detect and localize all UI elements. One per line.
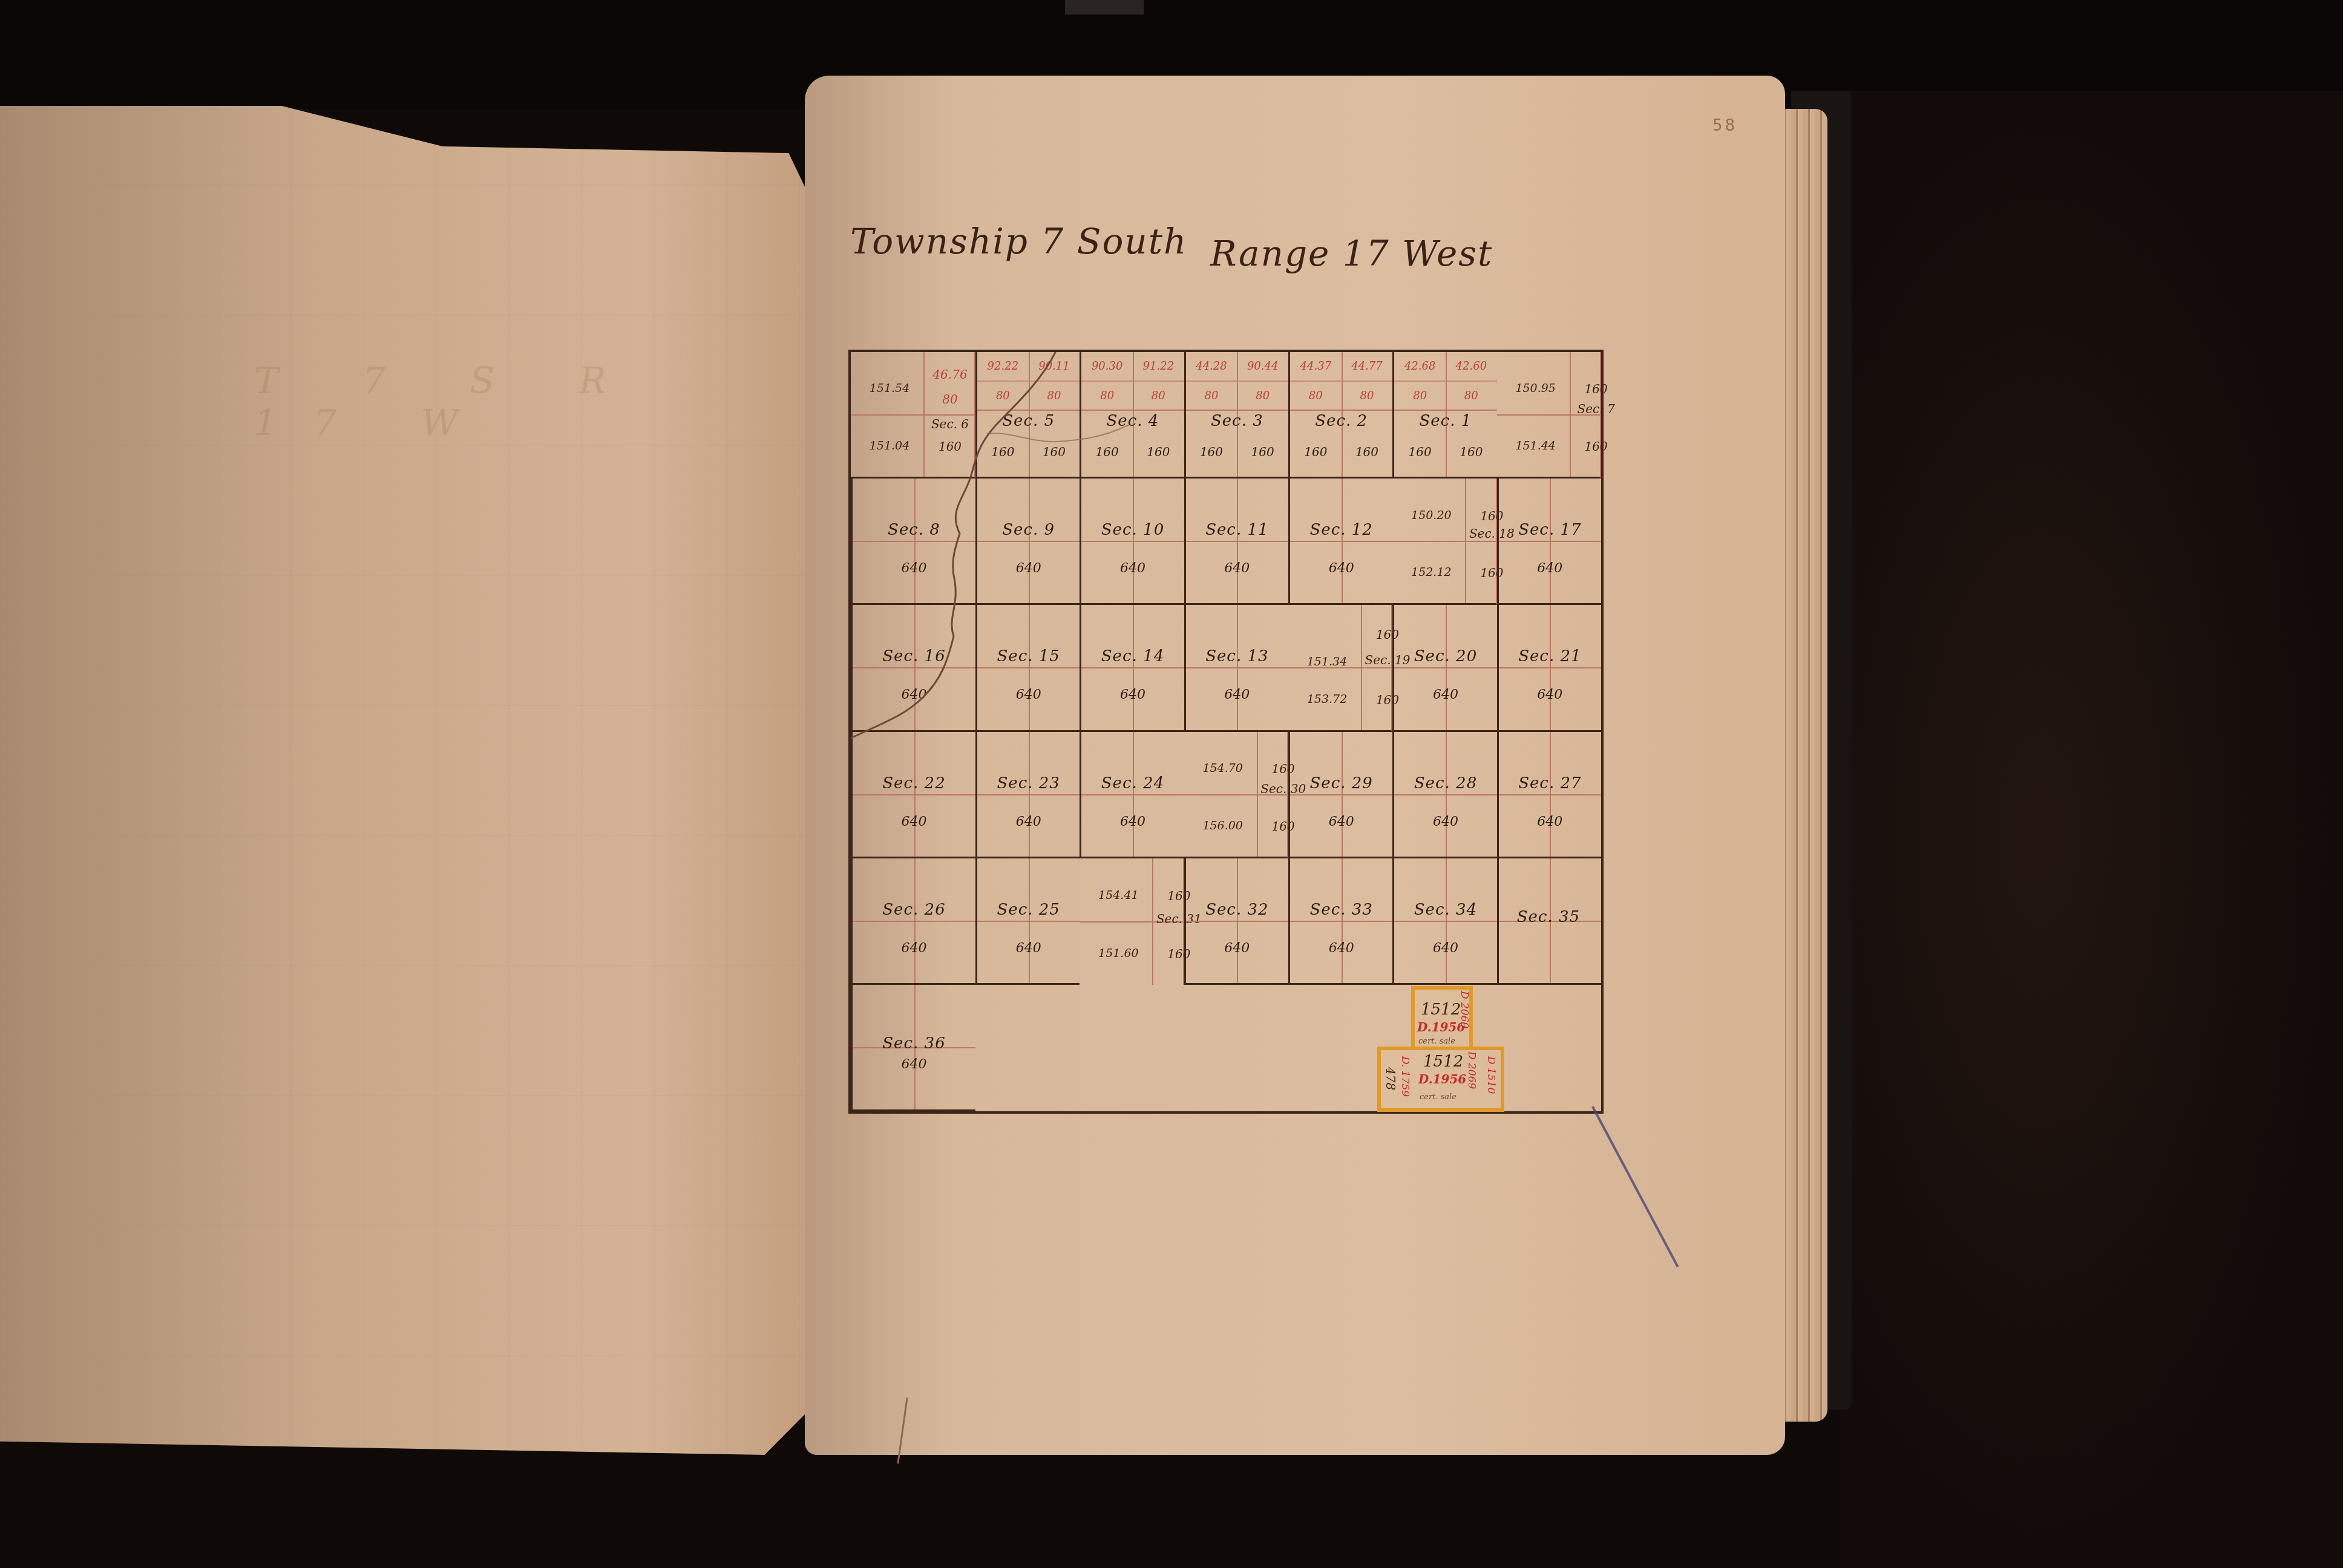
section-label: Sec. 6 [925, 417, 975, 431]
section-32[interactable]: Sec. 32640 [1184, 858, 1288, 985]
parcel-note: cert. sale [1420, 1093, 1457, 1102]
parcel-side-note: D 1510 [1485, 1056, 1497, 1094]
range-title: Range 17 West [1210, 233, 1493, 274]
section-26[interactable]: Sec. 26640 [851, 858, 975, 985]
margin-row-6: 154.41 151.60 160 Sec. 31 160 [1080, 858, 1184, 985]
margin-row-2: 150.95 151.44 160 Sec. 7 160 [1497, 352, 1601, 479]
margin-value: 151.44 [1502, 439, 1570, 452]
section-acres: 640 [853, 561, 975, 576]
parcel-side-note: D 2069 [1458, 991, 1470, 1028]
section-label: Sec. 1 [1394, 412, 1496, 430]
section-20[interactable]: Sec. 20640 [1392, 605, 1496, 731]
section-acres: 640 [1186, 941, 1288, 956]
section-label: Sec. 35 [1499, 908, 1601, 926]
section-9[interactable]: Sec. 9640 [975, 479, 1080, 605]
section-label: Sec. 5 [977, 412, 1080, 430]
section-acres: 640 [1186, 561, 1288, 576]
page-number: 58 [1712, 117, 1737, 135]
section-10[interactable]: Sec. 10640 [1080, 479, 1184, 605]
section-label: Sec. 17 [1499, 521, 1601, 539]
section-acres: 640 [1186, 687, 1288, 702]
section-13[interactable]: Sec. 13640 [1184, 605, 1288, 731]
margin-value: 150.20 [1397, 509, 1465, 522]
margin-value: 151.04 [856, 439, 923, 452]
parcel-number: 478 [1383, 1067, 1398, 1090]
section-5[interactable]: 92.2290.118080 Sec. 5 160160 [975, 352, 1080, 479]
section-acres: 640 [1290, 561, 1392, 576]
cover-tab [1065, 0, 1144, 15]
margin-row-4: 151.34 153.72 160 Sec. 19 160 [1288, 605, 1392, 731]
margin-row-5: 154.70 156.00 160 Sec. 30 160 [1184, 732, 1288, 858]
lot-value: 80 [925, 392, 975, 407]
margin-value: 150.95 [1502, 382, 1570, 395]
section-16[interactable]: Sec. 16640 [851, 605, 975, 731]
section-label: Sec. 29 [1290, 774, 1392, 792]
lot-value: 46.76 [925, 367, 975, 382]
margin-value: 152.12 [1397, 566, 1465, 579]
section-36[interactable]: Sec. 36640 [851, 985, 975, 1111]
section-24[interactable]: Sec. 24640 [1080, 732, 1184, 858]
section-1[interactable]: 42.6842.608080 Sec. 1 160160 [1392, 352, 1496, 479]
section-acres: 640 [1081, 814, 1184, 829]
section-35[interactable]: Sec. 35 [1497, 858, 1601, 985]
section-label: Sec. 27 [1499, 774, 1601, 792]
parcel-doc: D.1956 [1418, 1072, 1466, 1086]
left-page: T 7 S R 17 W [0, 106, 805, 1455]
section-label: Sec. 16 [853, 647, 975, 665]
section-label: Sec. 25 [977, 901, 1080, 919]
section-acres: 640 [1290, 941, 1392, 956]
section-label: Sec. 7 [1571, 402, 1622, 416]
margin-row-3: 150.20 152.12 160 Sec. 18 160 [1392, 479, 1496, 605]
section-acres: 640 [1394, 814, 1496, 829]
section-label: Sec. 26 [853, 901, 975, 919]
margin-value: 153.72 [1293, 693, 1361, 706]
township-plat: 151.54 151.04 46.76 80 Sec. 6 160 92.229… [848, 350, 1604, 1114]
section-acres: 640 [1394, 941, 1496, 956]
section-11[interactable]: Sec. 11640 [1184, 479, 1288, 605]
margin-value: 151.60 [1084, 947, 1152, 960]
section-8[interactable]: Sec. 8640 [851, 479, 975, 605]
section-28[interactable]: Sec. 28640 [1392, 732, 1496, 858]
section-acres: 640 [853, 687, 975, 702]
township-title: Township 7 South [850, 221, 1187, 262]
section-12[interactable]: Sec. 12640 [1288, 479, 1392, 605]
section-label: Sec. 33 [1290, 901, 1392, 919]
lot-value: 160 [1571, 439, 1622, 454]
section-label: Sec. 21 [1499, 647, 1601, 665]
section-label: Sec. 10 [1081, 521, 1184, 539]
section-acres: 640 [853, 1057, 975, 1072]
section-acres: 640 [1290, 814, 1392, 829]
section-25[interactable]: Sec. 25640 [975, 858, 1080, 985]
section-21[interactable]: Sec. 21640 [1497, 605, 1601, 731]
faint-grid [0, 106, 805, 1455]
section-15[interactable]: Sec. 15640 [975, 605, 1080, 731]
parcel-side-note: D. 1759 [1399, 1056, 1411, 1097]
lot-value: 160 [1571, 382, 1622, 396]
background-right [1840, 91, 2343, 1568]
parcel-number: 1512 [1421, 1001, 1461, 1019]
section-acres: 640 [1499, 687, 1601, 702]
section-label: Sec. 4 [1081, 412, 1184, 430]
bleed-through-text: T 7 S R 17 W [254, 360, 738, 408]
section-label: Sec. 20 [1394, 647, 1496, 665]
margin-row-1: 151.54 151.04 46.76 80 Sec. 6 160 [851, 352, 975, 479]
section-22[interactable]: Sec. 22640 [851, 732, 975, 858]
parcel-number: 1512 [1423, 1053, 1463, 1071]
section-label: Sec. 23 [977, 774, 1080, 792]
section-label: Sec. 28 [1394, 774, 1496, 792]
section-34[interactable]: Sec. 34640 [1392, 858, 1496, 985]
margin-value: 156.00 [1189, 819, 1257, 832]
margin-value: 154.41 [1084, 889, 1152, 902]
section-3[interactable]: 44.2890.448080 Sec. 3 160160 [1184, 352, 1288, 479]
section-acres: 640 [853, 941, 975, 956]
section-label: Sec. 36 [853, 1034, 975, 1053]
section-29[interactable]: Sec. 29640 [1288, 732, 1392, 858]
section-acres: 640 [977, 561, 1080, 576]
section-label: Sec. 8 [853, 521, 975, 539]
section-33[interactable]: Sec. 33640 [1288, 858, 1392, 985]
section-label: Sec. 24 [1081, 774, 1184, 792]
section-acres: 640 [1499, 561, 1601, 576]
section-acres: 640 [1394, 687, 1496, 702]
section-label: Sec. 22 [853, 774, 975, 792]
section-acres: 640 [977, 941, 1080, 956]
section-acres: 640 [1081, 561, 1184, 576]
section-label: Sec. 2 [1290, 412, 1392, 430]
section-acres: 640 [977, 814, 1080, 829]
section-23[interactable]: Sec. 23640 [975, 732, 1080, 858]
section-label: Sec. 13 [1186, 647, 1288, 665]
section-label: Sec. 15 [977, 647, 1080, 665]
section-2[interactable]: 44.3744.778080 Sec. 2 160160 [1288, 352, 1392, 479]
section-acres: 640 [977, 687, 1080, 702]
annotated-parcel-upper[interactable]: 1512 D.1956 D 2069 cert. sale [1411, 986, 1473, 1050]
section-label: Sec. 3 [1186, 412, 1288, 430]
margin-value: 151.54 [856, 382, 923, 395]
section-17[interactable]: Sec. 17640 [1497, 479, 1601, 605]
section-label: Sec. 12 [1290, 521, 1392, 539]
parcel-side-note: D 2069 [1466, 1051, 1478, 1089]
margin-value: 151.34 [1293, 655, 1361, 668]
section-acres: 640 [1081, 687, 1184, 702]
parcel-note: cert. sale [1418, 1037, 1455, 1046]
section-acres: 640 [853, 814, 975, 829]
annotated-parcel-lower[interactable]: 478 D. 1759 1512 D.1956 D 2069 D 1510 ce… [1377, 1047, 1504, 1112]
section-14[interactable]: Sec. 14640 [1080, 605, 1184, 731]
section-label: Sec. 11 [1186, 521, 1288, 539]
margin-value: 154.70 [1189, 762, 1257, 775]
section-label: Sec. 14 [1081, 647, 1184, 665]
section-label: Sec. 32 [1186, 901, 1288, 919]
section-label: Sec. 34 [1394, 901, 1496, 919]
section-4[interactable]: 90.3091.228080 Sec. 4 160160 [1080, 352, 1184, 479]
section-label: Sec. 9 [977, 521, 1080, 539]
section-27[interactable]: Sec. 27640 [1497, 732, 1601, 858]
lot-value: 160 [925, 439, 975, 454]
section-acres: 640 [1499, 814, 1601, 829]
